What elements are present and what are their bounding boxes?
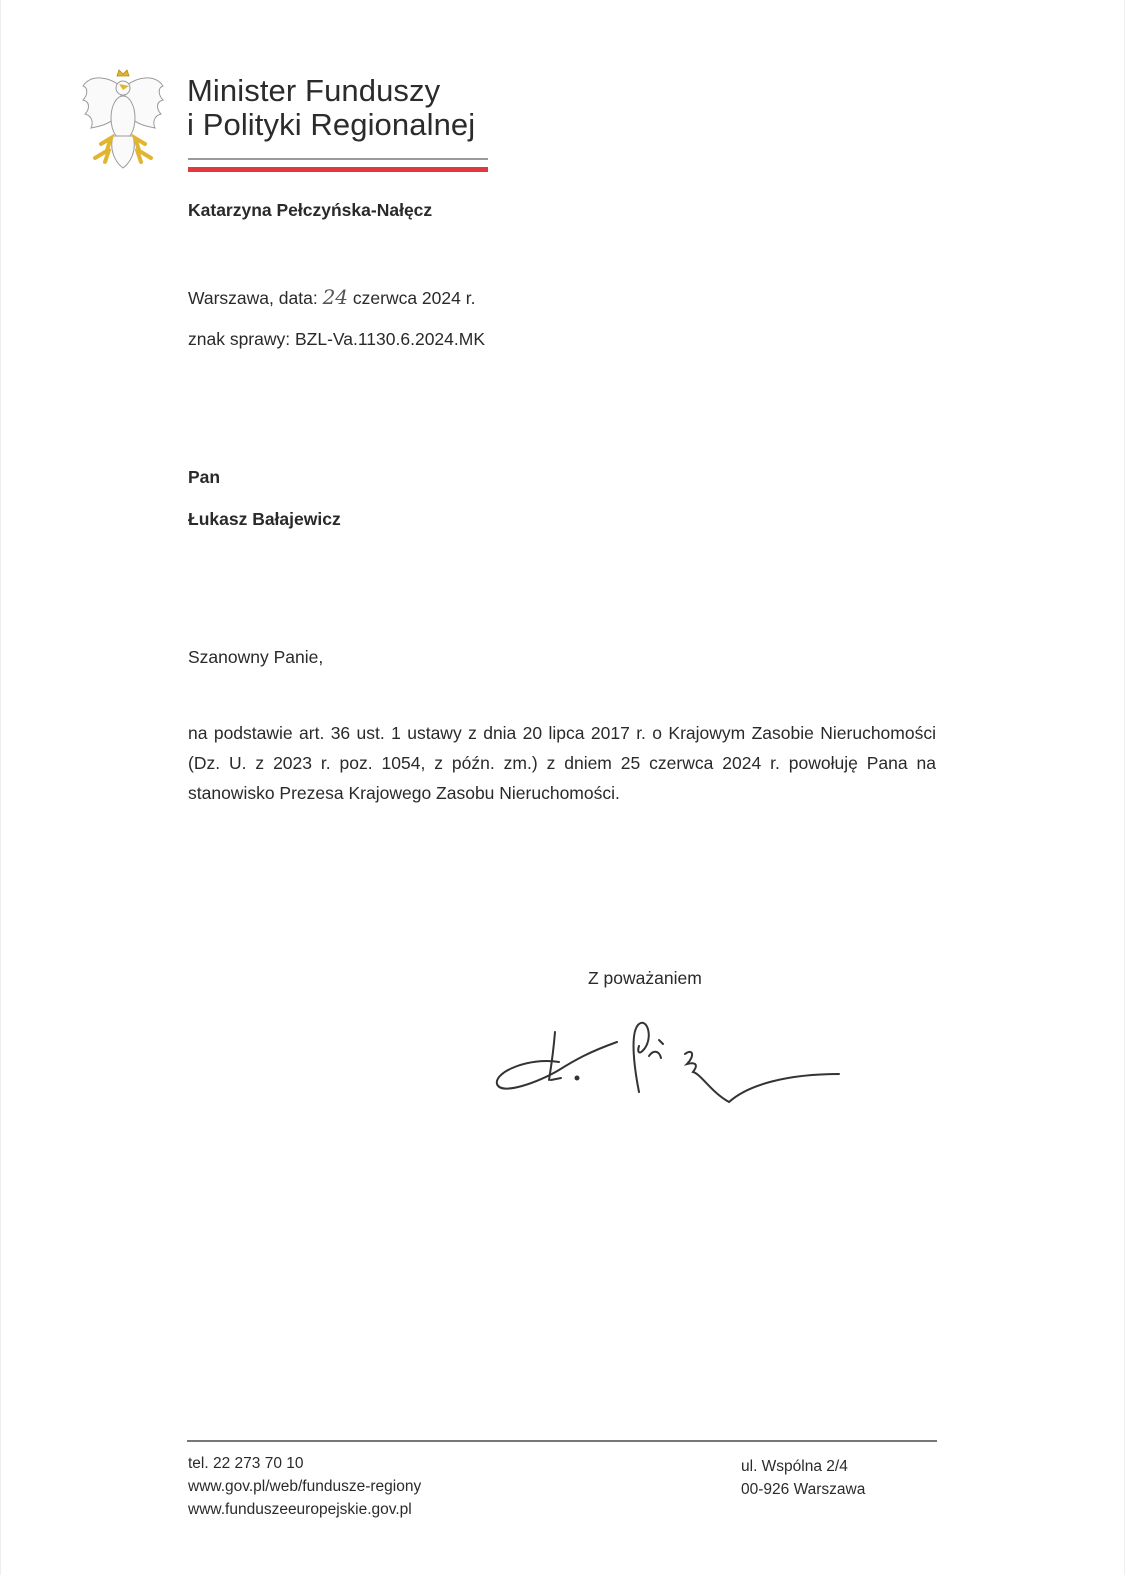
signature-icon [489,1012,845,1112]
recipient-name: Łukasz Bałajewicz [188,508,341,530]
ministry-line-2: i Polityki Regionalnej [187,108,475,142]
date-prefix: Warszawa, data: [188,288,318,308]
salutation: Szanowny Panie, [188,646,323,668]
closing: Z poważaniem [588,967,702,989]
footer-address: ul. Wspólna 2/4 00-926 Warszawa [741,1455,865,1501]
date-line: Warszawa, data: 24 czerwca 2024 r. [188,286,475,309]
recipient-title: Pan [188,466,220,488]
footer-city: 00-926 Warszawa [741,1478,865,1501]
ministry-name: Minister Funduszy i Polityki Regionalnej [187,74,475,142]
header-rule-grey [188,158,488,160]
footer-phone: tel. 22 273 70 10 [188,1452,421,1475]
footer-street: ul. Wspólna 2/4 [741,1455,865,1478]
footer-website-link[interactable]: www.gov.pl/web/fundusze-regiony [188,1475,421,1498]
ministry-line-1: Minister Funduszy [187,74,475,108]
date-day-handwritten: 24 [323,285,348,309]
letter-body: na podstawie art. 36 ust. 1 ustawy z dni… [188,718,936,808]
header-rule-red [188,167,488,172]
case-reference: znak sprawy: BZL-Va.1130.6.2024.MK [188,328,485,350]
letter-page: Minister Funduszy i Polityki Regionalnej… [0,0,1125,1575]
date-suffix: czerwca 2024 r. [353,288,476,308]
letter-body-paragraph: na podstawie art. 36 ust. 1 ustawy z dni… [188,718,936,808]
minister-name: Katarzyna Pełczyńska-Nałęcz [188,199,432,221]
footer-eu-funds-link[interactable]: www.funduszeeuropejskie.gov.pl [188,1498,421,1521]
footer-contact: tel. 22 273 70 10 www.gov.pl/web/fundusz… [188,1452,421,1521]
footer-rule [187,1440,937,1442]
eagle-emblem-icon [79,66,167,174]
